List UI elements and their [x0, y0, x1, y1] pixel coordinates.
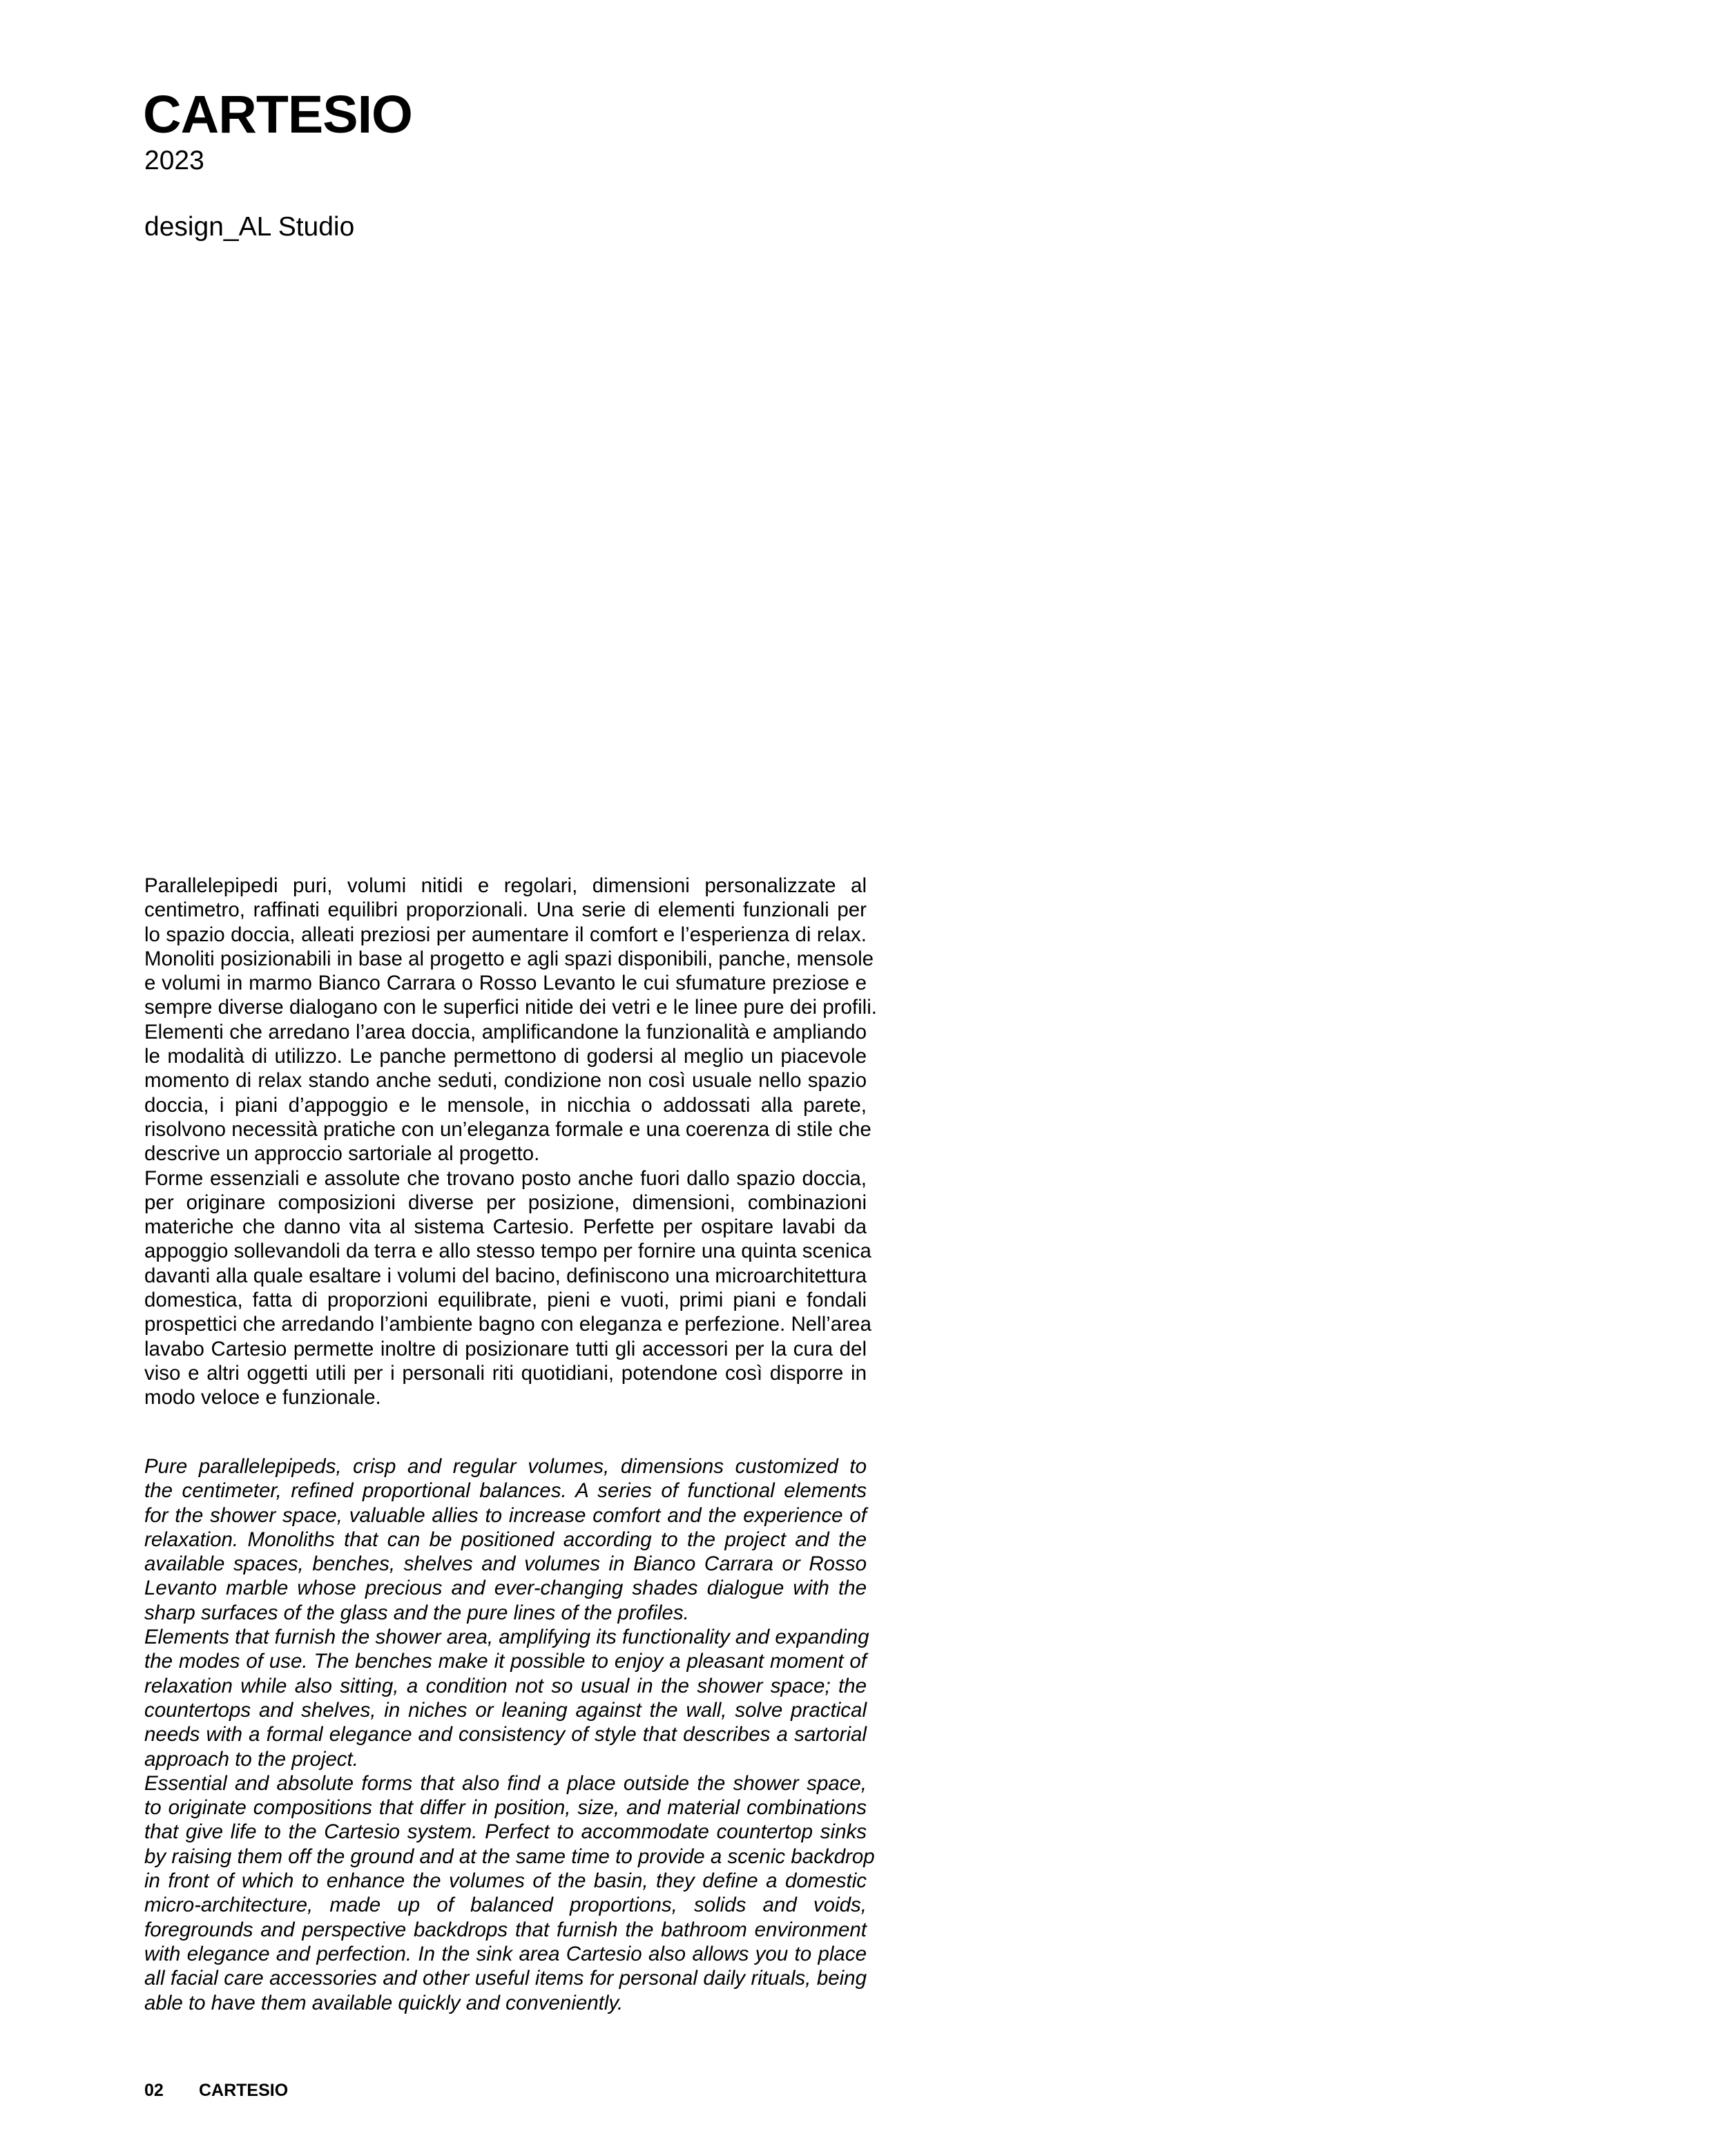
- page-number: 02: [144, 2080, 199, 2101]
- product-year: 2023: [144, 144, 204, 177]
- text-line: the centimeter, refined proportional bal…: [144, 1479, 867, 1503]
- text-line: relaxation. Monoliths that can be positi…: [144, 1528, 867, 1552]
- text-line: e volumi in marmo Bianco Carrara o Rosso…: [144, 971, 867, 995]
- page-footer: 02CARTESIO: [144, 2080, 288, 2101]
- text-line: modo veloce e funzionale.: [144, 1385, 867, 1409]
- text-line: foregrounds and perspective backdrops th…: [144, 1918, 867, 1942]
- text-line: to originate compositions that differ in…: [144, 1796, 867, 1820]
- text-line: approach to the project.: [144, 1747, 867, 1771]
- text-line: Forme essenziali e assolute che trovano …: [144, 1166, 867, 1191]
- text-line: materiche che danno vita al sistema Cart…: [144, 1215, 867, 1239]
- text-line: with elegance and perfection. In the sin…: [144, 1942, 867, 1966]
- text-line: Elements that furnish the shower area, a…: [144, 1625, 867, 1649]
- paragraph-en-3: Essential and absolute forms that also f…: [144, 1771, 867, 2015]
- text-line: doccia, i piani d’appoggio e le mensole,…: [144, 1093, 867, 1117]
- text-line: countertops and shelves, in niches or le…: [144, 1698, 867, 1722]
- paragraph-en-1: Pure parallelepipeds, crisp and regular …: [144, 1454, 867, 1625]
- text-line: domestica, fatta di proporzioni equilibr…: [144, 1288, 867, 1312]
- text-line: lavabo Cartesio permette inoltre di posi…: [144, 1337, 867, 1361]
- text-line: viso e altri oggetti utili per i persona…: [144, 1361, 867, 1385]
- paragraph-en-2: Elements that furnish the shower area, a…: [144, 1625, 867, 1771]
- text-line: appoggio sollevandoli da terra e allo st…: [144, 1239, 867, 1263]
- text-line: Levanto marble whose precious and ever-c…: [144, 1576, 867, 1600]
- text-line: descrive un approccio sartoriale al prog…: [144, 1142, 867, 1166]
- catalog-page: CARTESIO 2023 design_AL Studio Parallele…: [0, 0, 1725, 2156]
- text-line: momento di relax stando anche seduti, co…: [144, 1068, 867, 1093]
- text-line: by raising them off the ground and at th…: [144, 1845, 867, 1869]
- text-line: le modalità di utilizzo. Le panche perme…: [144, 1044, 867, 1068]
- text-line: sharp surfaces of the glass and the pure…: [144, 1601, 867, 1625]
- text-line: for the shower space, valuable allies to…: [144, 1503, 867, 1528]
- designer-credit: design_AL Studio: [144, 211, 354, 244]
- product-title: CARTESIO: [143, 84, 412, 146]
- text-line: prospettici che arredando l’ambiente bag…: [144, 1312, 867, 1336]
- text-line: Pure parallelepipeds, crisp and regular …: [144, 1454, 867, 1479]
- text-line: that give life to the Cartesio system. P…: [144, 1820, 867, 1844]
- paragraph-it-1: Parallelepipedi puri, volumi nitidi e re…: [144, 874, 867, 1166]
- text-line: davanti alla quale esaltare i volumi del…: [144, 1264, 867, 1288]
- text-line: Essential and absolute forms that also f…: [144, 1771, 867, 1796]
- text-line: the modes of use. The benches make it po…: [144, 1649, 867, 1673]
- text-line: micro-architecture, made up of balanced …: [144, 1893, 867, 1917]
- text-line: lo spazio doccia, alleati preziosi per a…: [144, 923, 867, 947]
- text-line: per originare composizioni diverse per p…: [144, 1191, 867, 1215]
- text-line: needs with a formal elegance and consist…: [144, 1722, 867, 1746]
- text-line: sempre diverse dialogano con le superfic…: [144, 995, 867, 1019]
- text-line: able to have them available quickly and …: [144, 1991, 867, 2015]
- text-line: Monoliti posizionabili in base al proget…: [144, 947, 867, 971]
- text-line: Parallelepipedi puri, volumi nitidi e re…: [144, 874, 867, 898]
- text-line: available spaces, benches, shelves and v…: [144, 1552, 867, 1576]
- text-line: all facial care accessories and other us…: [144, 1966, 867, 1990]
- text-line: risolvono necessità pratiche con un’eleg…: [144, 1117, 867, 1142]
- description-italian: Parallelepipedi puri, volumi nitidi e re…: [144, 874, 867, 1410]
- text-line: Elementi che arredano l’area doccia, amp…: [144, 1020, 867, 1044]
- text-line: in front of which to enhance the volumes…: [144, 1869, 867, 1893]
- paragraph-it-2: Forme essenziali e assolute che trovano …: [144, 1166, 867, 1410]
- text-line: centimetro, raffinati equilibri proporzi…: [144, 898, 867, 922]
- running-title: CARTESIO: [199, 2081, 288, 2100]
- description-english: Pure parallelepipeds, crisp and regular …: [144, 1454, 867, 2015]
- text-line: relaxation while also sitting, a conditi…: [144, 1674, 867, 1698]
